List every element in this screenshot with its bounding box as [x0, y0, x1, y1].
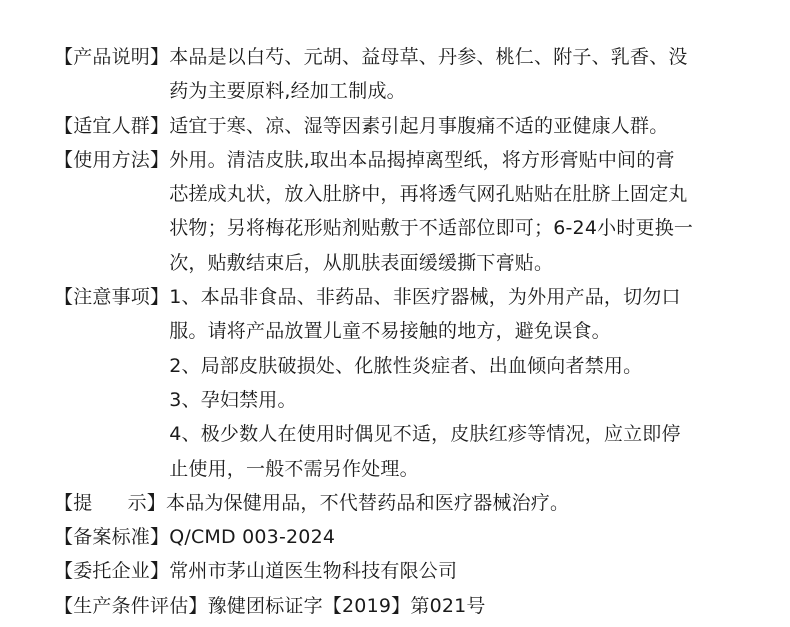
section-label-left: 【提	[54, 486, 92, 520]
section-usage-method: 【使用方法】 外用。清洁皮肤,取出本品揭掉离型纸，将方形膏贴中间的膏 芯搓成丸状…	[56, 143, 756, 280]
section-filing-standard: 【备案标准】 Q/CMD 003-2024	[56, 520, 756, 554]
precaution-line: 1、本品非食品、非药品、非医疗器械，为外用产品，切勿口	[169, 280, 756, 314]
section-product-description: 【产品说明】 本品是以白芍、元胡、益母草、丹参、桃仁、附子、乳香、没 药为主要原…	[56, 40, 756, 109]
text-line: 本品为保健用品，不代替药品和医疗器械治疗。	[166, 486, 756, 520]
section-production-assessment: 【生产条件评估】 豫健团标证字【2019】第021号	[56, 589, 756, 623]
text-line: 外用。清洁皮肤,取出本品揭掉离型纸，将方形膏贴中间的膏	[169, 143, 756, 177]
text-line: 状物；另将梅花形贴剂贴敷于不适部位即可；6-24小时更换一	[169, 211, 756, 245]
section-notice: 【提 示】 本品为保健用品，不代替药品和医疗器械治疗。	[56, 486, 756, 520]
text-line: 次，贴敷结束后，从肌肤表面缓缓撕下膏贴。	[169, 246, 756, 280]
section-content: 外用。清洁皮肤,取出本品揭掉离型纸，将方形膏贴中间的膏 芯搓成丸状，放入肚脐中，…	[169, 143, 756, 280]
precaution-line: 4、极少数人在使用时偶见不适，皮肤红疹等情况，应立即停	[169, 417, 756, 451]
precaution-line: 3、孕妇禁用。	[169, 383, 756, 417]
section-suitable-population: 【适宜人群】 适宜于寒、凉、湿等因素引起月事腹痛不适的亚健康人群。	[56, 109, 756, 143]
section-label: 【注意事项】	[54, 280, 169, 314]
section-commissioning-company: 【委托企业】 常州市茅山道医生物科技有限公司	[56, 554, 756, 588]
section-label: 【生产条件评估】	[54, 589, 208, 623]
section-content: 1、本品非食品、非药品、非医疗器械，为外用产品，切勿口 服。请将产品放置儿童不易…	[169, 280, 756, 486]
section-content: 适宜于寒、凉、湿等因素引起月事腹痛不适的亚健康人群。	[169, 109, 756, 143]
section-label: 【委托企业】	[54, 554, 169, 588]
text-line: 适宜于寒、凉、湿等因素引起月事腹痛不适的亚健康人群。	[169, 109, 756, 143]
text-line: 药为主要原料,经加工制成。	[169, 74, 756, 108]
text-line: 芯搓成丸状，放入肚脐中，再将透气网孔贴贴在肚脐上固定丸	[169, 177, 756, 211]
section-content: 豫健团标证字【2019】第021号	[208, 589, 756, 623]
precaution-line: 服。请将产品放置儿童不易接触的地方，避免误食。	[169, 314, 756, 348]
section-label: 【提 示】	[54, 486, 166, 520]
precaution-line: 2、局部皮肤破损处、化脓性炎症者、出血倾向者禁用。	[169, 349, 756, 383]
section-precautions: 【注意事项】 1、本品非食品、非药品、非医疗器械，为外用产品，切勿口 服。请将产…	[56, 280, 756, 486]
section-content: 本品为保健用品，不代替药品和医疗器械治疗。	[166, 486, 756, 520]
text-line: Q/CMD 003-2024	[169, 520, 756, 554]
text-line: 本品是以白芍、元胡、益母草、丹参、桃仁、附子、乳香、没	[169, 40, 756, 74]
section-label: 【产品说明】	[54, 40, 169, 74]
section-content: Q/CMD 003-2024	[169, 520, 756, 554]
product-info-document: 【产品说明】 本品是以白芍、元胡、益母草、丹参、桃仁、附子、乳香、没 药为主要原…	[56, 40, 756, 623]
section-label: 【适宜人群】	[54, 109, 169, 143]
section-content: 本品是以白芍、元胡、益母草、丹参、桃仁、附子、乳香、没 药为主要原料,经加工制成…	[169, 40, 756, 109]
section-label-right: 示】	[128, 486, 166, 520]
precaution-line: 止使用，一般不需另作处理。	[169, 452, 756, 486]
section-label: 【使用方法】	[54, 143, 169, 177]
section-content: 常州市茅山道医生物科技有限公司	[169, 554, 756, 588]
section-label: 【备案标准】	[54, 520, 169, 554]
text-line: 常州市茅山道医生物科技有限公司	[169, 554, 756, 588]
text-line: 豫健团标证字【2019】第021号	[208, 589, 756, 623]
